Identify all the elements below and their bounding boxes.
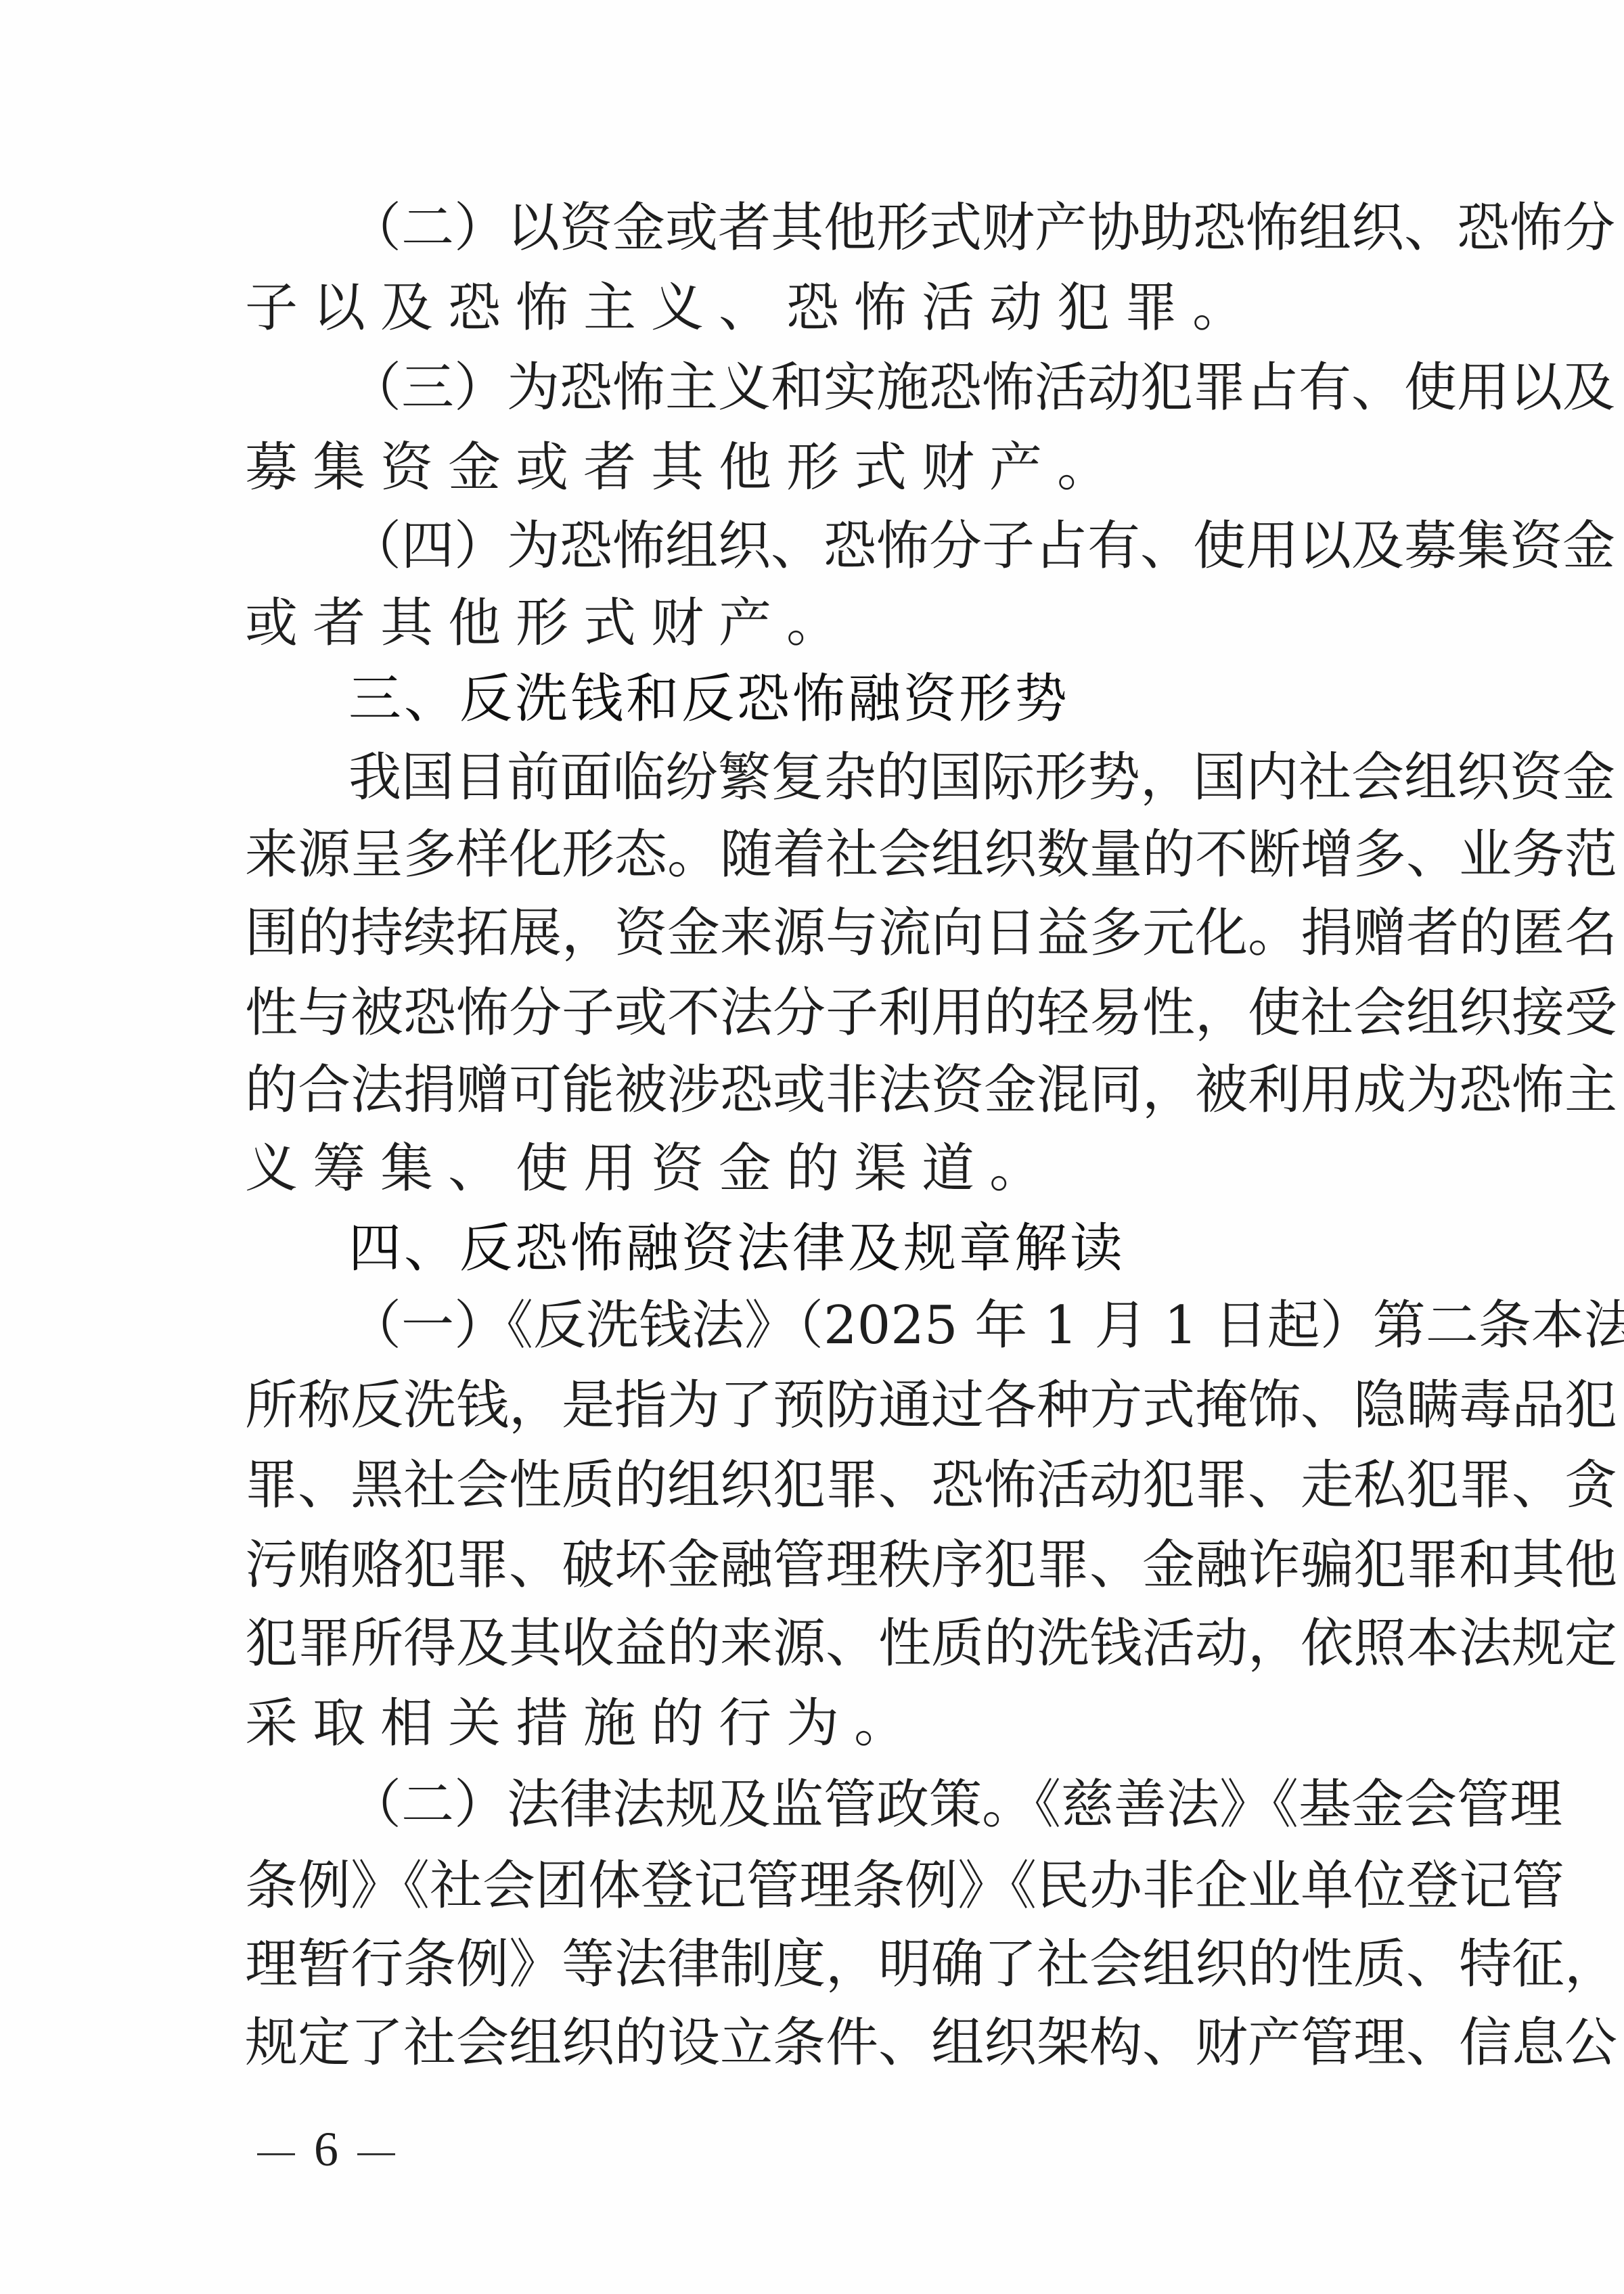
paragraph-line: 所称反洗钱，是指为了预防通过各种方式掩饰、隐瞒毒品犯	[245, 1375, 1416, 1436]
paragraph-line: 围的持续拓展，资金来源与流向日益多元化。捐赠者的匿名	[245, 903, 1416, 964]
page-number: 6	[257, 2125, 414, 2174]
document-page: （二）以资金或者其他形式财产协助恐怖组织、恐怖分 子以及恐怖主义、恐怖活动犯罪。…	[0, 0, 1624, 2294]
paragraph-line: 性与被恐怖分子或不法分子利用的轻易性，使社会组织接受	[245, 983, 1416, 1043]
dash-left	[257, 2153, 295, 2155]
paragraph-line: 规定了社会组织的设立条件、组织架构、财产管理、信息公	[245, 2012, 1416, 2073]
paragraph-line: 或者其他形式财产。	[245, 593, 1416, 654]
page-number-value: 6	[314, 2122, 338, 2176]
section-heading: 四、反恐怖融资法律及规章解读	[348, 1218, 1416, 1279]
section-heading: 三、反洗钱和反恐怖融资形势	[348, 669, 1416, 729]
paragraph-line: 募集资金或者其他形式财产。	[245, 437, 1416, 498]
paragraph-line: 我国目前面临纷繁复杂的国际形势，国内社会组织资金	[348, 747, 1416, 808]
paragraph-line: 条例》《社会团体登记管理条例》《民办非企业单位登记管	[245, 1856, 1416, 1916]
paragraph-line: 采取相关措施的行为。	[245, 1693, 1416, 1754]
paragraph-line: 来源呈多样化形态。随着社会组织数量的不断增多、业务范	[245, 824, 1416, 885]
paragraph-line: 理暂行条例》等法律制度，明确了社会组织的性质、特征，	[245, 1934, 1416, 1995]
paragraph-line: 的合法捐赠可能被涉恐或非法资金混同，被利用成为恐怖主	[245, 1060, 1416, 1121]
paragraph-line: （三）为恐怖主义和实施恐怖活动犯罪占有、使用以及	[348, 357, 1416, 418]
paragraph-line: 子以及恐怖主义、恐怖活动犯罪。	[245, 277, 1416, 338]
paragraph-line: 义筹集、使用资金的渠道。	[245, 1138, 1416, 1199]
paragraph-line: 罪、黑社会性质的组织犯罪、恐怖活动犯罪、走私犯罪、贪	[245, 1455, 1416, 1516]
paragraph-line: 污贿赂犯罪、破坏金融管理秩序犯罪、金融诈骗犯罪和其他	[245, 1535, 1416, 1596]
paragraph-line: （一）《反洗钱法》（2025 年 1 月 1 日起）第二条本法	[348, 1295, 1416, 1356]
paragraph-line: 犯罪所得及其收益的来源、性质的洗钱活动，依照本法规定	[245, 1613, 1416, 1674]
paragraph-line: （四）为恐怖组织、恐怖分子占有、使用以及募集资金	[348, 516, 1416, 577]
dash-right	[357, 2153, 395, 2155]
paragraph-line: （二）法律法规及监管政策。《慈善法》《基金会管理	[348, 1774, 1416, 1835]
paragraph-line: （二）以资金或者其他形式财产协助恐怖组织、恐怖分	[348, 198, 1416, 258]
